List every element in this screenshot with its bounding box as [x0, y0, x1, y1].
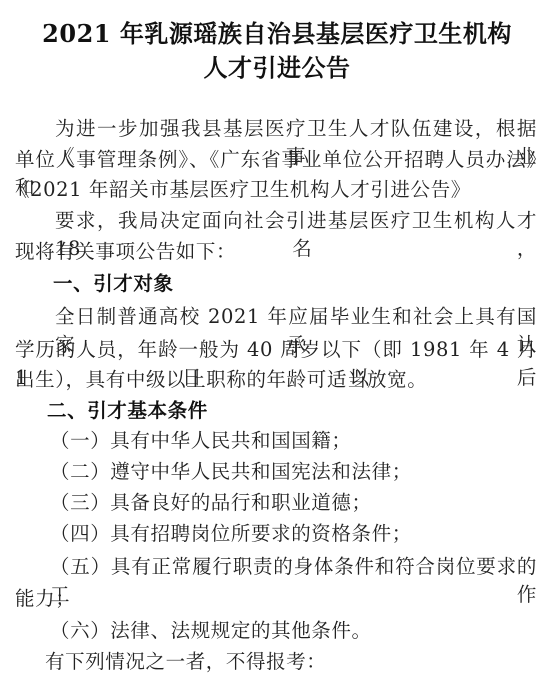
document-title-line-1: 2021 年乳源瑶族自治县基层医疗卫生机构 [0, 18, 554, 50]
condition-item-1: （一）具有中华人民共和国国籍； [50, 427, 554, 455]
intro-paragraph-line-5: 现将有关事项公告如下： [15, 238, 537, 266]
intro-paragraph-line-3: 《2021 年韶关市基层医疗卫生机构人才引进公告》 [10, 176, 532, 204]
condition-item-3: （三）具备良好的品行和职业道德； [50, 489, 554, 517]
exclusion-intro: 有下列情况之一者，不得报考： [45, 648, 554, 676]
condition-item-2: （二）遵守中华人民共和国宪法和法律； [50, 458, 554, 486]
section-1-body-line-3: 出生），具有中级以上职称的年龄可适当放宽。 [15, 366, 537, 394]
condition-item-4: （四）具有招聘岗位所要求的资格条件； [50, 520, 554, 548]
condition-item-5-continued: 能力； [15, 585, 537, 613]
section-2-heading: 二、引才基本条件 [47, 397, 554, 425]
section-1-heading: 一、引才对象 [53, 270, 554, 298]
condition-item-6: （六）法律、法规规定的其他条件。 [50, 617, 554, 645]
document-title-line-2: 人才引进公告 [0, 52, 554, 84]
